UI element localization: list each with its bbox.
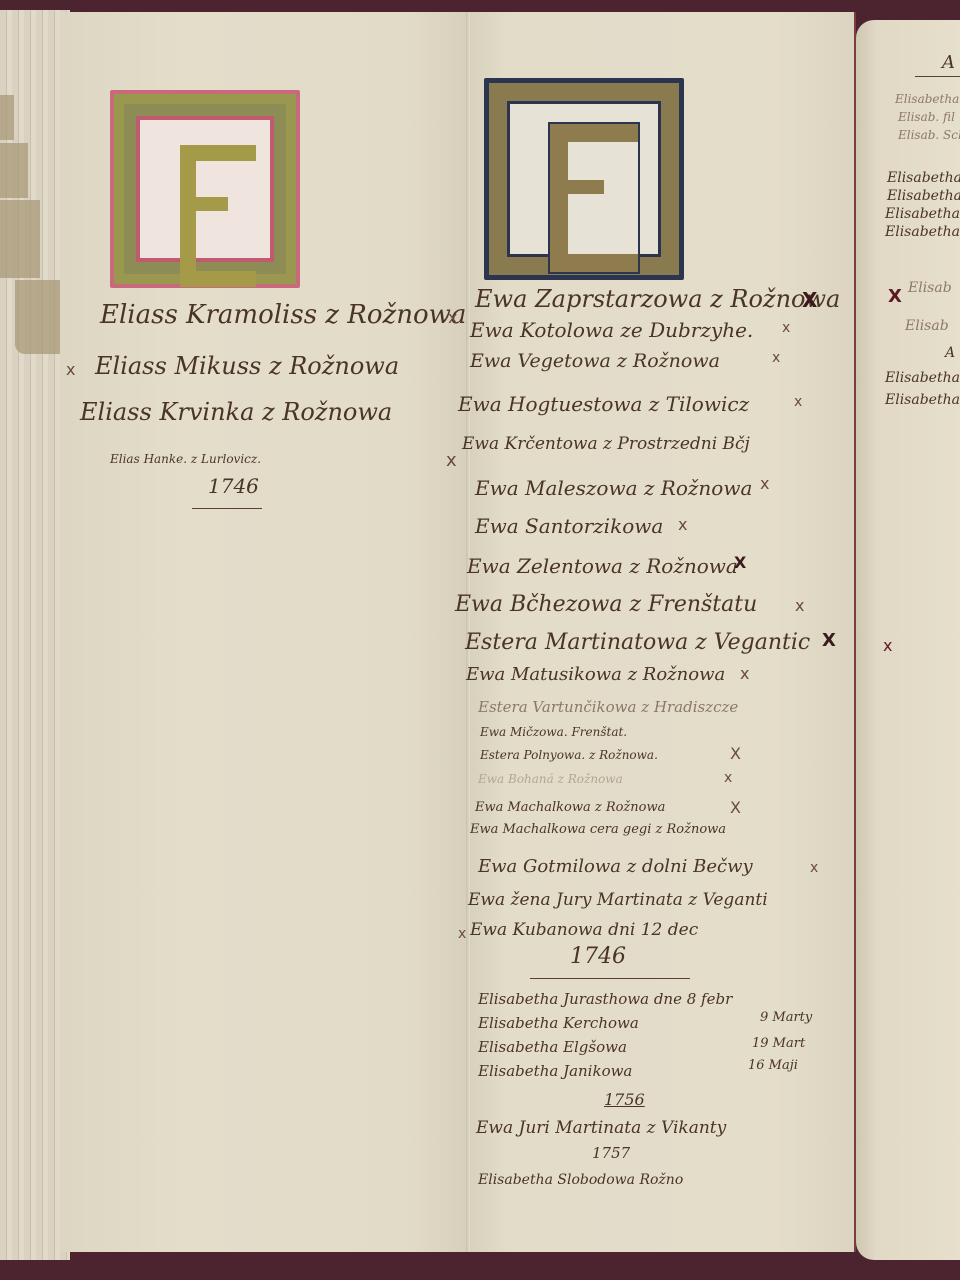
entry: Elisabetha bbox=[895, 92, 959, 106]
entry: Eliass Krvinka z Rožnowa bbox=[80, 398, 392, 426]
year-label: 1756 bbox=[604, 1090, 645, 1109]
cross-mark-icon: X bbox=[734, 553, 746, 572]
year-label: 1746 bbox=[208, 474, 259, 498]
entry: Estera Martinatowa z Vegantic bbox=[465, 630, 810, 655]
entry: Ewa Matusikowa z Rožnowa bbox=[466, 664, 725, 685]
cross-mark-icon: X bbox=[730, 744, 741, 763]
entry: Elisabetha Kerchowa bbox=[478, 1014, 639, 1032]
entry: Ewa Mičzowa. Frenštat. bbox=[480, 725, 627, 739]
entry: Elisabetha bbox=[885, 392, 960, 408]
entry: Ewa Santorzikowa bbox=[475, 514, 663, 538]
index-tab[interactable] bbox=[0, 143, 28, 198]
entry: Ewa Kotolowa ze Dubrzyhe. bbox=[470, 318, 753, 342]
index-tab[interactable] bbox=[15, 280, 61, 354]
entry: Ewa Juri Martinata z Vikanty bbox=[476, 1118, 726, 1138]
letter-e-icon bbox=[550, 124, 638, 272]
entry: Eliass Kramoliss z Rožnowa bbox=[100, 300, 466, 330]
cross-mark-icon: x bbox=[794, 394, 802, 410]
entry: Elisabetha bbox=[885, 224, 960, 240]
entry: Ewa Maleszowa z Rožnowa bbox=[475, 476, 752, 500]
cross-mark-icon: x bbox=[795, 596, 804, 615]
entry: Ewa Hogtuestowa z Tilowicz bbox=[458, 392, 749, 416]
entry: Elisab bbox=[908, 280, 952, 296]
entry: Estera Vartunčikowa z Hradiszcze bbox=[478, 698, 738, 716]
cross-mark-icon: X bbox=[730, 798, 741, 817]
initial-frame bbox=[136, 116, 274, 262]
cross-mark-icon: X bbox=[822, 630, 836, 651]
cross-mark-icon: x bbox=[448, 308, 457, 327]
entry: Ewa Vegetowa z Rožnowa bbox=[470, 350, 720, 372]
entry: Elias Hanke. z Lurlovicz. bbox=[110, 452, 261, 466]
entry: A bbox=[945, 345, 955, 361]
cross-mark-icon: x bbox=[446, 450, 457, 471]
cross-mark-icon: x bbox=[883, 636, 892, 655]
entry: Ewa Gotmilowa z dolni Bečwy bbox=[478, 856, 753, 877]
entry: Eliass Mikuss z Rožnowa bbox=[95, 352, 399, 380]
cross-mark-icon: X bbox=[802, 288, 817, 312]
entry: Elisabetha bbox=[885, 370, 960, 386]
entry: Ewa Machalkowa z Rožnowa bbox=[475, 800, 665, 815]
entry: Elisabetha bbox=[887, 188, 960, 204]
entry: Elisabetha Slobodowa Rožno bbox=[478, 1172, 683, 1188]
cross-mark-icon: x bbox=[458, 926, 466, 942]
cross-mark-icon: x bbox=[678, 515, 687, 534]
heading: A bbox=[942, 52, 955, 73]
cross-mark-icon: x bbox=[760, 474, 769, 493]
date-note: 9 Marty bbox=[760, 1010, 812, 1025]
entry: Ewa žena Jury Martinata z Veganti bbox=[468, 890, 768, 910]
cross-mark-icon: x bbox=[810, 860, 818, 876]
entry: Ewa Zaprstarzowa z Rožnowa bbox=[475, 285, 840, 313]
letter-e-icon bbox=[180, 145, 256, 287]
entry: Elisab. fil bbox=[898, 110, 955, 124]
entry: Elisabetha Janikowa bbox=[478, 1062, 632, 1080]
entry: Elisabetha Elgšowa bbox=[478, 1038, 627, 1056]
cross-mark-icon: x bbox=[782, 320, 790, 336]
entry: Ewa Bčhezowa z Frenštatu bbox=[455, 592, 757, 617]
illuminated-initial-right bbox=[484, 78, 684, 280]
entry: Estera Polnyowa. z Rožnowa. bbox=[480, 748, 658, 762]
entry: Elisabetha bbox=[885, 206, 960, 222]
entry: Ewa Machalkowa cera gegi z Rožnowa bbox=[470, 822, 726, 837]
entry: Ewa Krčentowa z Prostrzedni Bčj bbox=[462, 434, 750, 454]
entry: Ewa Bohaná z Rožnowa bbox=[478, 772, 623, 786]
entry: Elisabetha bbox=[887, 170, 960, 186]
cross-mark-icon: X bbox=[888, 286, 902, 307]
rule bbox=[530, 978, 690, 979]
index-tab[interactable] bbox=[0, 95, 14, 140]
rule bbox=[915, 76, 960, 77]
entry: Elisabetha Jurasthowa dne 8 febr bbox=[478, 990, 732, 1008]
cross-mark-icon: x bbox=[772, 350, 780, 366]
year-label: 1757 bbox=[592, 1144, 630, 1162]
cross-mark-icon: x bbox=[66, 360, 75, 379]
year-label: 1746 bbox=[570, 944, 626, 969]
entry: Ewa Zelentowa z Rožnowa bbox=[467, 554, 738, 578]
entry: Ewa Kubanowa dni 12 dec bbox=[470, 920, 698, 940]
illuminated-initial-left bbox=[110, 90, 300, 288]
cross-mark-icon: x bbox=[724, 770, 732, 786]
date-note: 19 Mart bbox=[752, 1036, 805, 1051]
initial-frame bbox=[507, 101, 661, 257]
date-note: 16 Maji bbox=[748, 1058, 798, 1073]
entry: Elisab. Sch bbox=[898, 128, 960, 142]
entry: Elisab bbox=[905, 318, 949, 334]
rule bbox=[192, 508, 262, 509]
index-tab[interactable] bbox=[0, 200, 40, 278]
cross-mark-icon: x bbox=[740, 664, 749, 683]
